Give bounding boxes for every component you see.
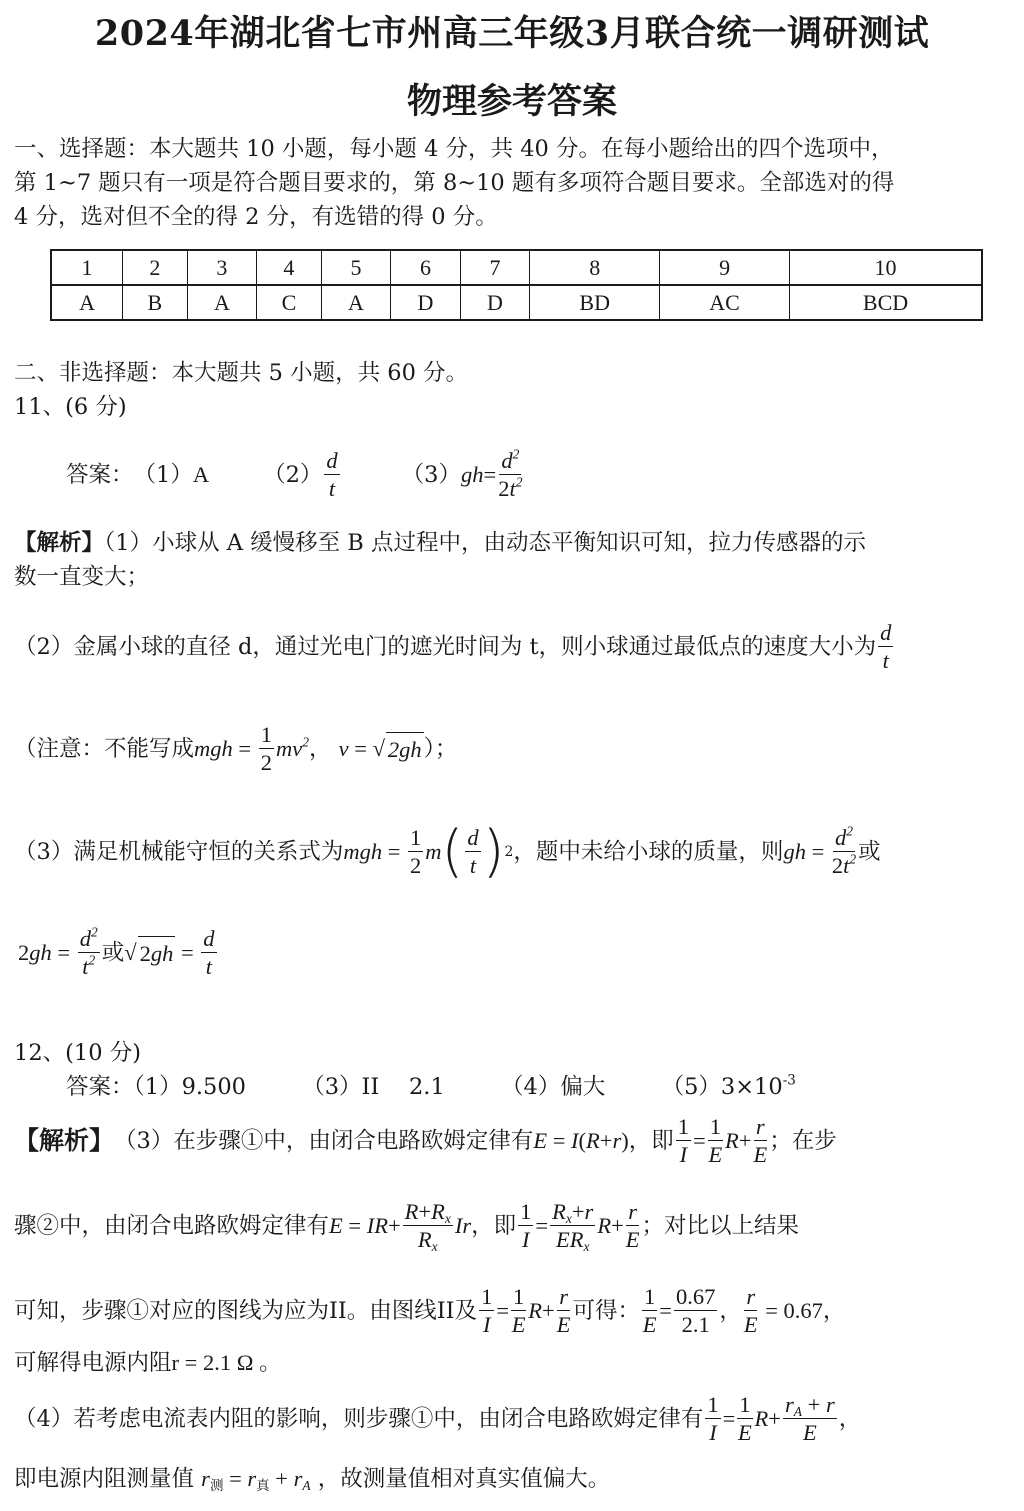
a2-label: （2）: [263, 458, 322, 492]
formula-half: 12: [408, 827, 423, 878]
text: ；对比以上结果: [642, 1209, 800, 1243]
q11-analysis-line2: 数一直变大；: [14, 560, 149, 594]
answer-table: 1 2 3 4 5 6 7 8 9 10 A B A C A D D BD AC…: [50, 249, 983, 321]
analysis-text: 骤②中，由闭合电路欧姆定律有: [14, 1209, 329, 1243]
answer-cell: A: [51, 285, 123, 320]
formula-d2-over-2t2: d22t2: [498, 450, 522, 501]
or-text: 或: [858, 835, 881, 869]
answer-cell: C: [257, 285, 322, 320]
question-number: 4: [257, 250, 322, 285]
answer-cell: BD: [530, 285, 660, 320]
a3-label: （3）: [402, 458, 461, 492]
q11-analysis-line1: 【解析】（1）小球从 A 缓慢移至 B 点过程中，由动态平衡知识可知，拉力传感器…: [14, 526, 866, 560]
q11-note: （注意：不能写成 mgh = 12 mv2， v = √2gh ）；: [14, 714, 457, 784]
q12-analysis-line5: （4）若考虑电流表内阻的影响，则步骤①中，由闭合电路欧姆定律有 1I= 1ER+…: [14, 1384, 861, 1454]
text: 可得：: [572, 1294, 640, 1328]
question-number: 1: [51, 250, 123, 285]
question-number: 7: [460, 250, 530, 285]
subscript: 测: [210, 1478, 224, 1494]
subscript: 真: [256, 1478, 270, 1494]
part2-text: （2）金属小球的直径 d，通过光电门的遮光时间为 t，则小球通过最低点的速度大小…: [14, 630, 876, 664]
analysis-text: （3）在步骤①中，由闭合电路欧姆定律有: [114, 1124, 533, 1158]
q12-answers: 答案：（1）9.500 （3）II 2.1 （4）偏大 （5）3×10-3: [66, 1070, 796, 1104]
answer-cell: B: [123, 285, 188, 320]
answer-table-answer-row: A B A C A D D BD AC BCD: [51, 285, 982, 320]
q11-part3: （3）满足机械能守恒的关系式为 mgh = 12 m(dt)2 ，题中未给小球的…: [14, 812, 881, 892]
analysis-text: ，故测量值相对真实值偏大。: [318, 1466, 611, 1492]
question-number: 3: [187, 250, 257, 285]
question-number: 5: [321, 250, 391, 285]
section1-intro-line1: 一、选择题：本大题共 10 小题，每小题 4 分，共 40 分。在每小题给出的四…: [14, 132, 894, 166]
document-subtitle: 物理参考答案: [0, 74, 1024, 124]
q12-analysis-line2: 骤②中，由闭合电路欧姆定律有 E = IR+ R+RxRx Ir ，即 1I= …: [14, 1186, 799, 1266]
answer-cell: BCD: [790, 285, 982, 320]
q11-part3-cont: 2gh = d2t2 或 √2gh = dt: [18, 918, 219, 988]
analysis-text: 可知，步骤①对应的图线为应为II。由图线II及: [14, 1294, 477, 1328]
answer-cell: A: [187, 285, 257, 320]
analysis-text: 可解得电源内阻: [14, 1350, 172, 1376]
text: ，即: [629, 1124, 674, 1158]
q12-heading: 12、(10 分): [14, 1036, 141, 1070]
text: ，即: [471, 1209, 516, 1243]
value: 0.67: [784, 1294, 823, 1328]
q11-part2: （2）金属小球的直径 d，通过光电门的遮光时间为 t，则小球通过最低点的速度大小…: [14, 612, 895, 682]
text: ；在步: [769, 1124, 837, 1158]
q12-analysis-line6: 即电源内阻测量值 r测 = r真 + rA ，故测量值相对真实值偏大。: [14, 1462, 610, 1496]
q12-analysis-line3: 可知，步骤①对应的图线为应为II。由图线II及 1I= 1ER+ rE 可得： …: [14, 1276, 845, 1346]
answer-label: 答案：: [66, 458, 134, 492]
question-number: 10: [790, 250, 982, 285]
or-text: 或: [102, 936, 125, 970]
q12-analysis-line4: 可解得电源内阻r = 2.1 Ω 。: [14, 1346, 282, 1380]
q11-answers: 答案： （1） A （2） dt （3） gh= d22t2: [66, 440, 524, 510]
resistance-value: r = 2.1 Ω 。: [172, 1350, 282, 1375]
section1-intro-line2: 第 1~7 题只有一项是符合题目要求的，第 8~10 题有多项符合题目要求。全部…: [14, 166, 894, 200]
answer-cell: AC: [660, 285, 790, 320]
a1-value: A: [193, 458, 209, 492]
note-prefix: （注意：不能写成: [14, 732, 194, 766]
question-number: 6: [391, 250, 461, 285]
answer-cell: A: [321, 285, 391, 320]
answer-table-question-row: 1 2 3 4 5 6 7 8 9 10: [51, 250, 982, 285]
part3-middle: ，题中未给小球的质量，则: [513, 835, 783, 869]
value: 2.1: [682, 1311, 710, 1337]
formula-gh: gh: [461, 458, 484, 492]
note-suffix: ）；: [424, 732, 458, 766]
q11-heading: 11、(6 分): [14, 390, 127, 424]
answer-cell: D: [460, 285, 530, 320]
analysis-tag: 【解析】: [14, 1124, 114, 1158]
part3-prefix: （3）满足机械能守恒的关系式为: [14, 835, 343, 869]
formula-d-over-t: dt: [878, 622, 893, 673]
analysis-text: （4）若考虑电流表内阻的影响，则步骤①中，由闭合电路欧姆定律有: [14, 1402, 703, 1436]
formula-d-over-t: dt: [324, 450, 339, 501]
formula-half: 12: [259, 724, 274, 775]
q12-analysis-line1: 【解析】 （3）在步骤①中，由闭合电路欧姆定律有 E = I(R+r) ，即 1…: [14, 1106, 837, 1176]
section1-intro-line3: 4 分，选对但不全的得 2 分，有选错的得 0 分。: [14, 200, 498, 234]
question-number: 8: [530, 250, 660, 285]
q12-answers-text: 答案：（1）9.500 （3）II 2.1 （4）偏大 （5）3×10: [66, 1074, 783, 1100]
value: 0.67: [674, 1286, 717, 1312]
section2-intro: 二、非选择题：本大题共 5 小题，共 60 分。: [14, 356, 468, 390]
a1-label: （1）: [134, 458, 193, 492]
analysis-tag: 【解析】: [14, 530, 104, 556]
answer-cell: D: [391, 285, 461, 320]
question-number: 2: [123, 250, 188, 285]
question-number: 9: [660, 250, 790, 285]
analysis-text: 即电源内阻测量值: [14, 1466, 194, 1492]
exponent: -3: [783, 1073, 796, 1089]
analysis-text: （1）小球从 A 缓慢移至 B 点过程中，由动态平衡知识可知，拉力传感器的示: [104, 530, 866, 556]
document-title: 2024年湖北省七市州高三年级3月联合统一调研测试: [0, 6, 1024, 56]
